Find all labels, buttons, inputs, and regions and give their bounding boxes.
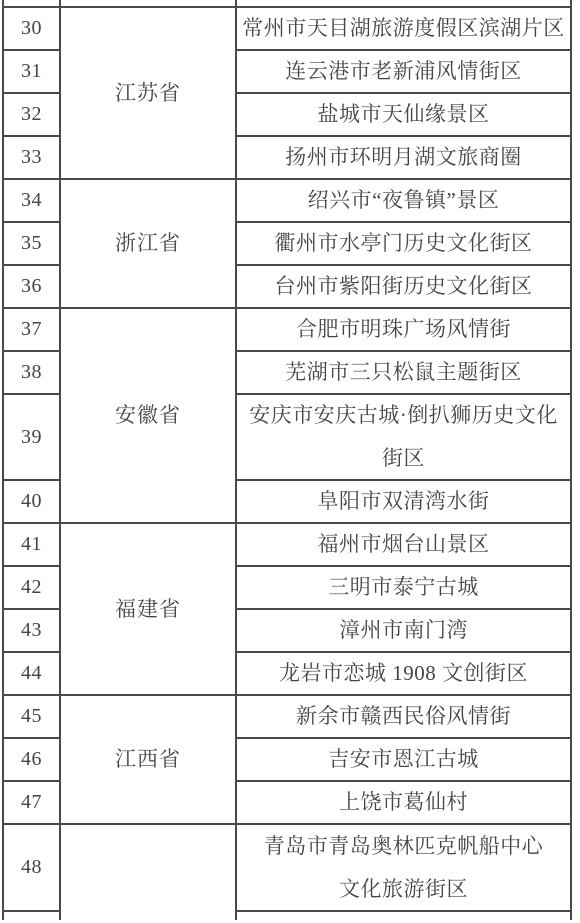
province-cell: 福建省 [61,524,237,696]
province-cell [61,825,237,920]
row-number-cell: 44 [2,653,61,696]
attraction-name-cell: 盐城市天仙缘景区 [237,94,572,137]
row-number-cell: 46 [2,739,61,782]
row-number-cell: 30 [2,8,61,51]
province-cell: 江苏省 [61,8,237,180]
bottom-sliver-number-cell [2,912,61,920]
attraction-name-cell: 扬州市环明月湖文旅商圈 [237,137,572,180]
row-number-cell: 39 [2,395,61,481]
province-cell: 安徽省 [61,309,237,524]
attraction-name-cell: 吉安市恩江古城 [237,739,572,782]
row-number-cell: 42 [2,567,61,610]
row-number-cell: 40 [2,481,61,524]
row-number-cell: 35 [2,223,61,266]
attraction-name-cell: 常州市天目湖旅游度假区滨湖片区 [237,8,572,51]
top-sliver-name-cell [237,0,572,8]
attraction-name-cell: 上饶市葛仙村 [237,782,572,825]
row-number-cell: 36 [2,266,61,309]
attraction-name-cell: 合肥市明珠广场风情街 [237,309,572,352]
row-number-cell: 32 [2,94,61,137]
attraction-name-cell: 漳州市南门湾 [237,610,572,653]
attraction-name-cell: 三明市泰宁古城 [237,567,572,610]
top-sliver-number-cell [2,0,61,8]
attraction-name-cell: 芜湖市三只松鼠主题街区 [237,352,572,395]
attraction-name-cell: 绍兴市“夜鲁镇”景区 [237,180,572,223]
row-number-cell: 33 [2,137,61,180]
attraction-name-cell: 青岛市青岛奥林匹克帆船中心 文化旅游街区 [237,825,572,912]
attraction-name-cell: 龙岩市恋城 1908 文创街区 [237,653,572,696]
row-number-cell: 38 [2,352,61,395]
bottom-sliver-name-cell [237,912,572,920]
province-cell: 浙江省 [61,180,237,309]
attraction-name-cell: 连云港市老新浦风情街区 [237,51,572,94]
row-number-cell: 37 [2,309,61,352]
attraction-name-cell: 新余市赣西民俗风情街 [237,696,572,739]
row-number-cell: 34 [2,180,61,223]
row-number-cell: 45 [2,696,61,739]
row-number-cell: 43 [2,610,61,653]
row-number-cell: 48 [2,825,61,912]
row-number-cell: 41 [2,524,61,567]
attraction-name-cell: 台州市紫阳街历史文化街区 [237,266,572,309]
attraction-name-cell: 安庆市安庆古城·倒扒狮历史文化 街区 [237,395,572,481]
province-cell: 江西省 [61,696,237,825]
row-number-cell: 31 [2,51,61,94]
province-attractions-table: 30 江苏省 常州市天目湖旅游度假区滨湖片区 31 连云港市老新浦风情街区 32… [2,0,572,920]
row-number-cell: 47 [2,782,61,825]
document-page: 30 江苏省 常州市天目湖旅游度假区滨湖片区 31 连云港市老新浦风情街区 32… [0,0,580,923]
top-sliver-province-cell [61,0,237,8]
attraction-name-cell: 衢州市水亭门历史文化街区 [237,223,572,266]
attraction-name-cell: 福州市烟台山景区 [237,524,572,567]
attraction-name-cell: 阜阳市双清湾水街 [237,481,572,524]
